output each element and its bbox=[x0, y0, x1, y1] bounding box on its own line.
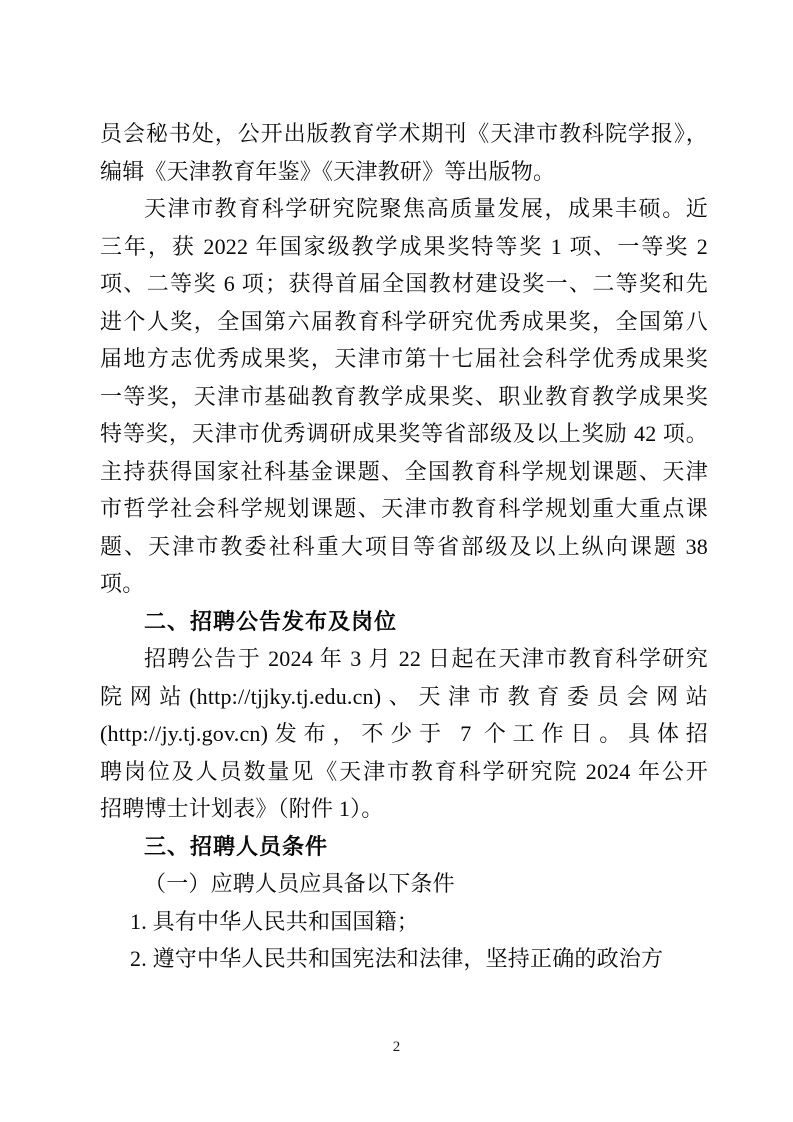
paragraph-heading-2: 二、招聘公告发布及岗位 bbox=[100, 603, 708, 641]
paragraph-numbered-7: 2. 遵守中华人民共和国宪法和法律，坚持正确的政治方 bbox=[100, 940, 708, 978]
paragraph-body-3: 招聘公告于 2024 年 3 月 22 日起在天津市教育科学研究院网站(http… bbox=[100, 640, 708, 828]
paragraph-body-0: 员会秘书处，公开出版教育学术期刊《天津市教科院学报》，编辑《天津教育年鉴》《天津… bbox=[100, 115, 708, 190]
text-line: 进个人奖，全国第六届教育科学研究优秀成果奖，全国第八 bbox=[100, 303, 708, 341]
paragraph-body-1: 天津市教育科学研究院聚焦高质量发展，成果丰硕。近三年，获 2022 年国家级教学… bbox=[100, 190, 708, 603]
text-line: 项。 bbox=[100, 565, 708, 603]
text-line: 编辑《天津教育年鉴》《天津教研》等出版物。 bbox=[100, 153, 708, 191]
document-body: 员会秘书处，公开出版教育学术期刊《天津市教科院学报》，编辑《天津教育年鉴》《天津… bbox=[100, 115, 708, 978]
text-line: 项、二等奖 6 项；获得首届全国教材建设奖一、二等奖和先 bbox=[100, 265, 708, 303]
text-line: (http://jy.tj.gov.cn)发布，不少于 7 个工作日。具体招 bbox=[100, 715, 708, 753]
text-line: 院网站(http://tjjky.tj.edu.cn)、天津市教育委员会网站 bbox=[100, 678, 708, 716]
text-line: 二、招聘公告发布及岗位 bbox=[100, 603, 708, 641]
paragraph-heading-4: 三、招聘人员条件 bbox=[100, 828, 708, 866]
text-line: 1. 具有中华人民共和国国籍； bbox=[100, 903, 708, 941]
text-line: 题、天津市教委社科重大项目等省部级及以上纵向课题 38 bbox=[100, 528, 708, 566]
paragraph-kaiti-5: （一）应聘人员应具备以下条件 bbox=[100, 865, 708, 903]
text-line: 特等奖，天津市优秀调研成果奖等省部级及以上奖励 42 项。 bbox=[100, 415, 708, 453]
page-number: 2 bbox=[0, 1036, 793, 1058]
text-line: 招聘博士计划表》（附件 1）。 bbox=[100, 790, 708, 828]
text-line: 市哲学社会科学规划课题、天津市教育科学规划重大重点课 bbox=[100, 490, 708, 528]
text-line: 天津市教育科学研究院聚焦高质量发展，成果丰硕。近 bbox=[100, 190, 708, 228]
text-line: 员会秘书处，公开出版教育学术期刊《天津市教科院学报》， bbox=[100, 115, 708, 153]
text-line: 聘岗位及人员数量见《天津市教育科学研究院 2024 年公开 bbox=[100, 753, 708, 791]
paragraph-numbered-6: 1. 具有中华人民共和国国籍； bbox=[100, 903, 708, 941]
text-line: 2. 遵守中华人民共和国宪法和法律，坚持正确的政治方 bbox=[100, 940, 708, 978]
text-line: 主持获得国家社科基金课题、全国教育科学规划课题、天津 bbox=[100, 453, 708, 491]
text-line: 届地方志优秀成果奖，天津市第十七届社会科学优秀成果奖 bbox=[100, 340, 708, 378]
text-line: 三年，获 2022 年国家级教学成果奖特等奖 1 项、一等奖 2 bbox=[100, 228, 708, 266]
text-line: 一等奖，天津市基础教育教学成果奖、职业教育教学成果奖 bbox=[100, 378, 708, 416]
text-line: （一）应聘人员应具备以下条件 bbox=[100, 865, 708, 903]
text-line: 招聘公告于 2024 年 3 月 22 日起在天津市教育科学研究 bbox=[100, 640, 708, 678]
text-line: 三、招聘人员条件 bbox=[100, 828, 708, 866]
document-page: 员会秘书处，公开出版教育学术期刊《天津市教科院学报》，编辑《天津教育年鉴》《天津… bbox=[0, 0, 793, 1122]
